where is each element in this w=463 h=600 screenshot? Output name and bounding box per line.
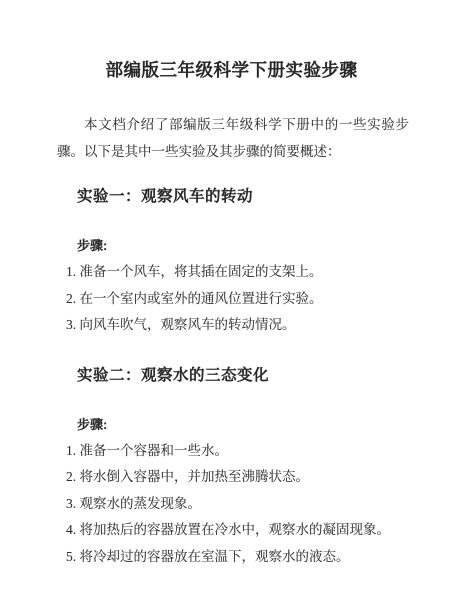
- step-item: 3. 观察水的蒸发现象。: [66, 491, 423, 518]
- experiment-1-steps-list: 1. 准备一个风车，将其插在固定的支架上。 2. 在一个室内或室外的通风位置进行…: [66, 259, 423, 339]
- document-title: 部编版三年级科学下册实验步骤: [0, 0, 463, 82]
- step-item: 4. 将加热后的容器放置在冷水中，观察水的凝固现象。: [66, 517, 423, 544]
- experiment-2-section: 实验二：观察水的三态变化 步骤: 1. 准备一个容器和一些水。 2. 将水倒入容…: [0, 365, 463, 571]
- experiment-1-heading: 实验一：观察风车的转动: [77, 186, 409, 208]
- document-page: 部编版三年级科学下册实验步骤 本文档介绍了部编版三年级科学下册中的一些实验步骤。…: [0, 0, 463, 600]
- experiment-2-steps-list: 1. 准备一个容器和一些水。 2. 将水倒入容器中，并加热至沸腾状态。 3. 观…: [66, 438, 423, 571]
- experiment-2-steps-label: 步骤:: [77, 417, 409, 433]
- experiment-1-section: 实验一：观察风车的转动 步骤: 1. 准备一个风车，将其插在固定的支架上。 2.…: [0, 186, 463, 339]
- step-item: 2. 将水倒入容器中，并加热至沸腾状态。: [66, 464, 423, 491]
- intro-paragraph: 本文档介绍了部编版三年级科学下册中的一些实验步骤。以下是其中一些实验及其步骤的简…: [57, 111, 409, 165]
- experiment-1-steps-label: 步骤:: [77, 238, 409, 254]
- step-item: 5. 将冷却过的容器放在室温下，观察水的液态。: [66, 544, 423, 571]
- experiment-2-heading: 实验二：观察水的三态变化: [77, 365, 409, 387]
- step-item: 1. 准备一个容器和一些水。: [66, 438, 423, 465]
- step-item: 2. 在一个室内或室外的通风位置进行实验。: [66, 286, 423, 313]
- step-item: 1. 准备一个风车，将其插在固定的支架上。: [66, 259, 423, 286]
- step-item: 3. 向风车吹气，观察风车的转动情况。: [66, 312, 423, 339]
